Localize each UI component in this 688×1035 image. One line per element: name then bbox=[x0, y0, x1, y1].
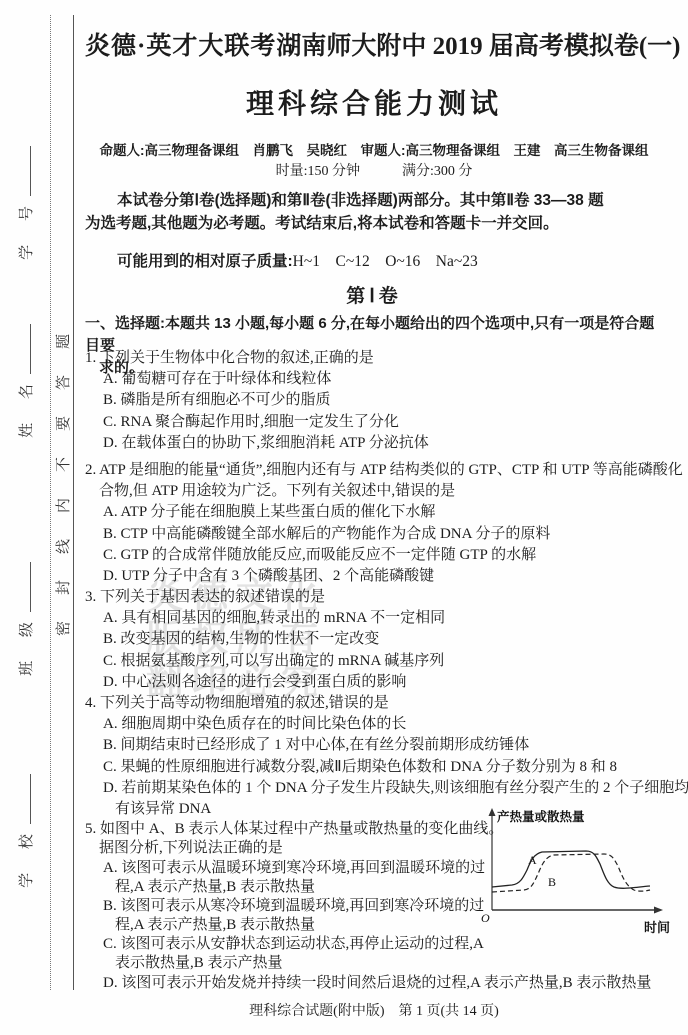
heat-curve-chart: 产热量或散热量 O 时间 A B bbox=[476, 806, 686, 941]
class-blank bbox=[17, 562, 31, 612]
question-2-stem: 2. ATP 是细胞的能量“通货”,细胞内还有与 ATP 结构类似的 GTP、C… bbox=[85, 460, 663, 481]
student-id-field: 学 号 bbox=[15, 138, 35, 268]
student-name-field: 姓 名 bbox=[15, 316, 35, 446]
exam-paper-page: 密封线内不要答题 学 号 姓 名 班 级 学 校 炎德文化 版权所有 翻印必究 … bbox=[0, 0, 688, 1035]
subject-title: 理科综合能力测试 bbox=[85, 82, 663, 122]
question-3-option-b: B. 改变基因的结构,生物的性状不一定改变 bbox=[85, 629, 663, 650]
setters-line: 命题人:高三物理备课组 肖鹏飞 吴晓红 审题人:高三物理备课组 王建 高三生物备… bbox=[85, 139, 663, 159]
question-2: 2. ATP 是细胞的能量“通货”,细胞内还有与 ATP 结构类似的 GTP、C… bbox=[85, 460, 663, 587]
seal-solid-line bbox=[73, 15, 74, 990]
chart-origin-label: O bbox=[481, 911, 490, 925]
student-id-blank bbox=[17, 146, 31, 196]
question-4-option-a: A. 细胞周期中染色质存在的时间比染色体的长 bbox=[85, 714, 663, 735]
question-4-option-d: D. 若前期某染色体的 1 个 DNA 分子发生片段缺失,则该细胞有丝分裂产生的… bbox=[85, 778, 663, 799]
duration: 时量:150 分钟 bbox=[276, 164, 360, 179]
question-1: 1. 下列关于生物体中化合物的叙述,正确的是 A. 葡萄糖可存在于叶绿体和线粒体… bbox=[85, 348, 663, 454]
question-2-option-c: C. GTP 的合成常伴随放能反应,而吸能反应不一定伴随 GTP 的水解 bbox=[85, 545, 663, 566]
question-4: 4. 下列关于高等动物细胞增殖的叙述,错误的是 A. 细胞周期中染色质存在的时间… bbox=[85, 693, 663, 820]
seal-warning-text: 密封线内不要答题 bbox=[52, 292, 72, 652]
exam-notice: 本试卷分第Ⅰ卷(选择题)和第Ⅱ卷(非选择题)两部分。其中第Ⅱ卷 33—38 题 … bbox=[85, 189, 663, 235]
full-score: 满分:300 分 bbox=[402, 164, 472, 179]
question-3-option-c: C. 根据氨基酸序列,可以写出确定的 mRNA 碱基序列 bbox=[85, 651, 663, 672]
curve-a-label: A bbox=[528, 853, 537, 867]
exam-title-rest: 湖南师大附中 2019 届高考模拟卷(一) bbox=[276, 33, 680, 60]
question-2-option-d: D. UTP 分子中含有 3 个磷酸基团、2 个高能磷酸键 bbox=[85, 566, 663, 587]
question-5-option-d: D. 该图可表示开始发烧并持续一段时间然后退烧的过程,A 表示产热量,B 表示散… bbox=[85, 974, 663, 993]
seal-dotted-line bbox=[50, 15, 51, 990]
x-axis-arrow bbox=[654, 907, 663, 914]
question-2-option-a: A. ATP 分子能在细胞膜上某些蛋白质的催化下水解 bbox=[85, 502, 663, 523]
question-4-stem: 4. 下列关于高等动物细胞增殖的叙述,错误的是 bbox=[85, 693, 663, 714]
school-field: 学 校 bbox=[15, 766, 35, 896]
y-axis-arrow bbox=[489, 808, 496, 816]
atomic-mass-values: H~1 C~12 O~16 Na~23 bbox=[293, 253, 478, 270]
question-3-option-d: D. 中心法则各途径的进行会受到蛋白质的影响 bbox=[85, 672, 663, 693]
atomic-mass-line: 可能用到的相对原子质量:H~1 C~12 O~16 Na~23 bbox=[85, 249, 688, 271]
question-3-stem: 3. 下列关于基因表达的叙述错误的是 bbox=[85, 587, 663, 608]
question-2-stem-cont: 合物,但 ATP 用途较为广泛。下列有关叙述中,错误的是 bbox=[85, 481, 663, 502]
question-1-option-c: C. RNA 聚合酶起作用时,细胞一定发生了分化 bbox=[85, 412, 663, 433]
volume-1-title: 第Ⅰ卷 bbox=[85, 281, 663, 308]
student-name-blank bbox=[17, 324, 31, 374]
question-5-option-c-cont: 表示散热量,B 表示产热量 bbox=[85, 954, 663, 973]
student-name-label: 姓 名 bbox=[19, 374, 35, 438]
question-1-option-d: D. 在载体蛋白的协助下,浆细胞消耗 ATP 分泌抗体 bbox=[85, 433, 663, 454]
school-label: 学 校 bbox=[19, 824, 35, 888]
chart-y-axis-label: 产热量或散热量 bbox=[497, 809, 585, 824]
student-id-label: 学 号 bbox=[19, 196, 35, 260]
exam-title: 炎德·英才大联考湖南师大附中 2019 届高考模拟卷(一) bbox=[85, 26, 663, 62]
question-1-option-a: A. 葡萄糖可存在于叶绿体和线粒体 bbox=[85, 369, 663, 390]
atomic-mass-label: 可能用到的相对原子质量: bbox=[117, 253, 293, 270]
question-4-option-b: B. 间期结束时已经形成了 1 对中心体,在有丝分裂前期形成纺锤体 bbox=[85, 735, 663, 756]
exam-meta-line: 时量:150 分钟 满分:300 分 bbox=[85, 160, 663, 180]
question-4-option-c: C. 果蝇的性原细胞进行减数分裂,减Ⅱ后期染色体数和 DNA 分子数分别为 8 … bbox=[85, 757, 663, 778]
question-3: 3. 下列关于基因表达的叙述错误的是 A. 具有相同基因的细胞,转录出的 mRN… bbox=[85, 587, 663, 693]
curve-b-dashed bbox=[492, 854, 650, 892]
curve-b-label: B bbox=[548, 875, 556, 889]
chart-x-axis-label: 时间 bbox=[644, 920, 670, 935]
question-2-option-b: B. CTP 中高能磷酸键全部水解后的产物能作为合成 DNA 分子的原料 bbox=[85, 524, 663, 545]
school-blank bbox=[17, 774, 31, 824]
question-3-option-a: A. 具有相同基因的细胞,转录出的 mRNA 不一定相同 bbox=[85, 608, 663, 629]
question-1-option-b: B. 磷脂是所有细胞必不可少的脂质 bbox=[85, 390, 663, 411]
class-label: 班 级 bbox=[19, 612, 35, 676]
exam-brand: 炎德·英才大联考 bbox=[85, 33, 276, 60]
notice-line-1: 本试卷分第Ⅰ卷(选择题)和第Ⅱ卷(非选择题)两部分。其中第Ⅱ卷 33—38 题 bbox=[85, 189, 663, 212]
class-field: 班 级 bbox=[15, 554, 35, 684]
notice-line-2: 为选考题,其他题为必考题。考试结束后,将本试卷和答题卡一并交回。 bbox=[85, 212, 663, 235]
question-1-stem: 1. 下列关于生物体中化合物的叙述,正确的是 bbox=[85, 348, 663, 369]
page-footer: 理科综合试题(附中版) 第 1 页(共 14 页) bbox=[85, 1000, 663, 1020]
